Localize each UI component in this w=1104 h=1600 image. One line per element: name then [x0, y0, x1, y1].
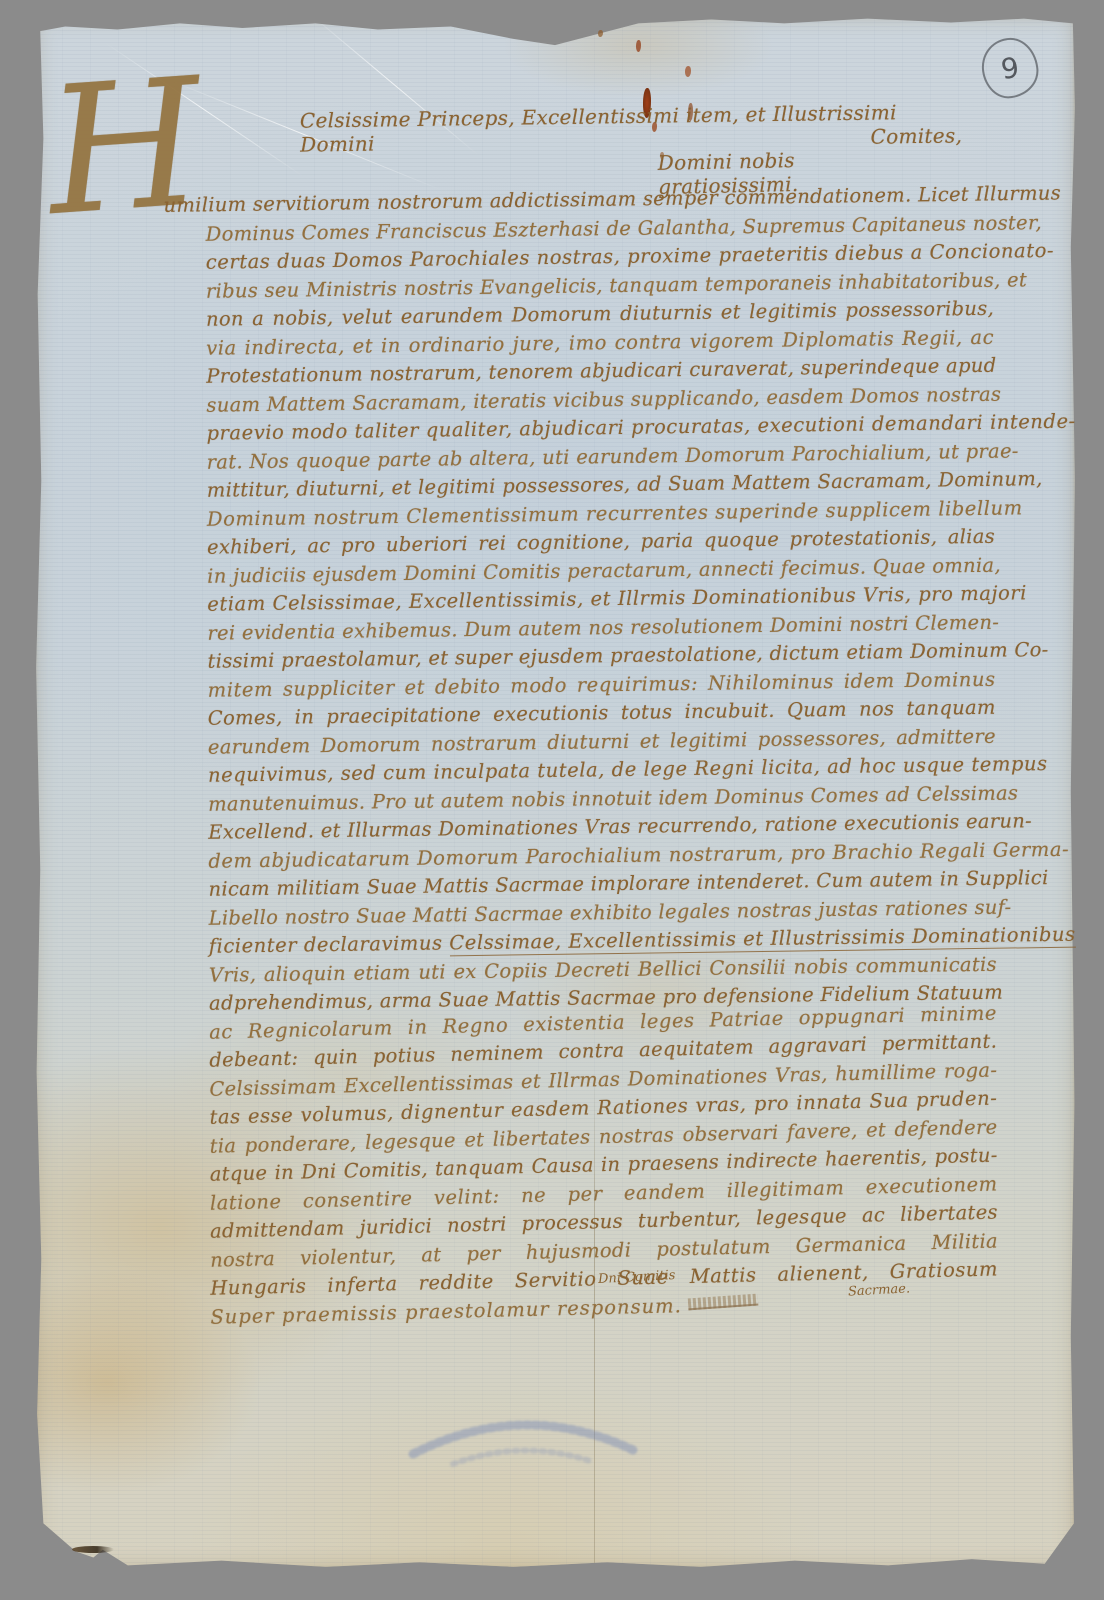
line-plain-part: ficienter declaravimus	[209, 931, 450, 957]
bottom-edge-tear	[72, 1546, 114, 1553]
archive-stamp	[398, 1392, 648, 1477]
letter-body: umilium servitiorum nostrorum addictissi…	[206, 188, 999, 1331]
photograph-background: 9 Celsissime Princeps, Excellentissimi i…	[0, 0, 1104, 1600]
folio-number: 9	[999, 50, 1021, 85]
